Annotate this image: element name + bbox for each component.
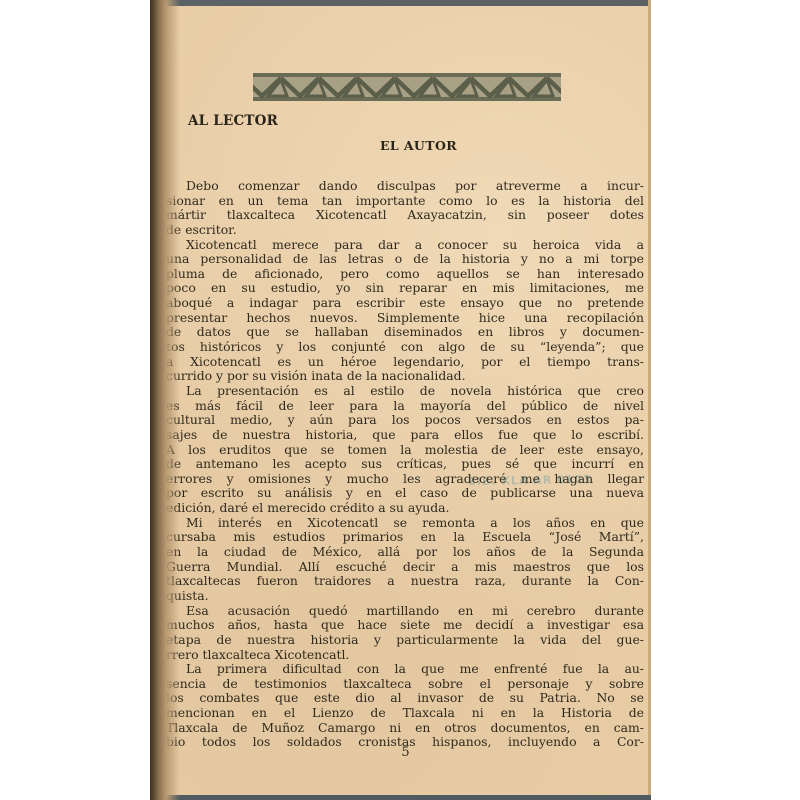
text-line: sionar en un tema tan importante como lo… bbox=[166, 194, 644, 209]
page-heading: EL AUTOR bbox=[150, 138, 651, 153]
text-line: de datos que se hallaban diseminados en … bbox=[166, 325, 644, 340]
text-line: etapa de nuestra historia y particularme… bbox=[166, 633, 644, 648]
text-line: Tlaxcala de Muñoz Camargo ni en otros do… bbox=[166, 721, 644, 736]
text-line: quista. bbox=[166, 589, 644, 604]
text-line: cursaba mis estudios primarios en la Esc… bbox=[166, 530, 644, 545]
text-line: mencionan en el Lienzo de Tlaxcala ni en… bbox=[166, 706, 644, 721]
text-line: mártir tlaxcalteca Xicotencatl Axayacatz… bbox=[166, 208, 644, 223]
text-line: poco en su estudio, yo sin reparar en mi… bbox=[166, 281, 644, 296]
text-line: una personalidad de las letras o de la h… bbox=[166, 252, 644, 267]
text-line: Mi interés en Xicotencatl se remonta a l… bbox=[166, 516, 644, 531]
gutter-shadow bbox=[150, 0, 180, 800]
text-line: Guerra Mundial. Allí escuché decir a mis… bbox=[166, 560, 644, 575]
text-line: tos históricos y los conjunté con algo d… bbox=[166, 340, 644, 355]
text-line: presentar hechos nuevos. Simplemente hic… bbox=[166, 311, 644, 326]
text-line: por escrito su análisis y en el caso de … bbox=[166, 486, 644, 501]
text-line: de escritor. bbox=[166, 223, 644, 238]
section-label: AL LECTOR bbox=[188, 113, 278, 129]
text-line: errores y omisiones y mucho les agradece… bbox=[166, 472, 644, 487]
text-line: tlaxcaltecas fueron traidores a nuestra … bbox=[166, 574, 644, 589]
text-line: La presentación es al estilo de novela h… bbox=[166, 384, 644, 399]
text-line: muchos años, hasta que hace siete me dec… bbox=[166, 618, 644, 633]
text-line: cultural medio, y aún para los pocos ver… bbox=[166, 413, 644, 428]
scanner-top-edge bbox=[150, 0, 651, 6]
text-line: los combates que este dio al invasor de … bbox=[166, 691, 644, 706]
text-line: de antemano les acepto sus críticas, pue… bbox=[166, 457, 644, 472]
text-line: rrero tlaxcalteca Xicotencatl. bbox=[166, 648, 644, 663]
text-line: A los eruditos que se tomen la molestia … bbox=[166, 443, 644, 458]
text-line: es más fácil de leer para la mayoría del… bbox=[166, 399, 644, 414]
book-page: AL LECTOR EL AUTOR SIB. KLA AR 0103 Debo… bbox=[150, 0, 651, 800]
text-line: aboqué a indagar para escribir este ensa… bbox=[166, 296, 644, 311]
text-line: edición, daré el merecido crédito a su a… bbox=[166, 501, 644, 516]
text-line: en la ciudad de México, allá por los año… bbox=[166, 545, 644, 560]
text-line: sajes de nuestra historia, que para ello… bbox=[166, 428, 644, 443]
text-line: bio todos los soldados cronistas hispano… bbox=[166, 735, 644, 750]
text-line: a Xicotencatl es un héroe legendario, po… bbox=[166, 355, 644, 370]
text-line: Xicotencatl merece para dar a conocer su… bbox=[166, 238, 644, 253]
text-line: sencia de testimonios tlaxcalteca sobre … bbox=[166, 677, 644, 692]
text-line: pluma de aficionado, pero como aquellos … bbox=[166, 267, 644, 282]
text-line: La primera dificultad con la que me enfr… bbox=[166, 662, 644, 677]
text-line: Debo comenzar dando disculpas por atreve… bbox=[166, 179, 644, 194]
body-text: Debo comenzar dando disculpas por atreve… bbox=[166, 179, 644, 750]
scanner-bottom-edge bbox=[150, 795, 651, 800]
text-line: currido y por su visión inata de la naci… bbox=[166, 369, 644, 384]
page-right-edge bbox=[648, 0, 651, 800]
zigzag-ornament-icon bbox=[253, 73, 561, 101]
text-line: Esa acusación quedó martillando en mi ce… bbox=[166, 604, 644, 619]
